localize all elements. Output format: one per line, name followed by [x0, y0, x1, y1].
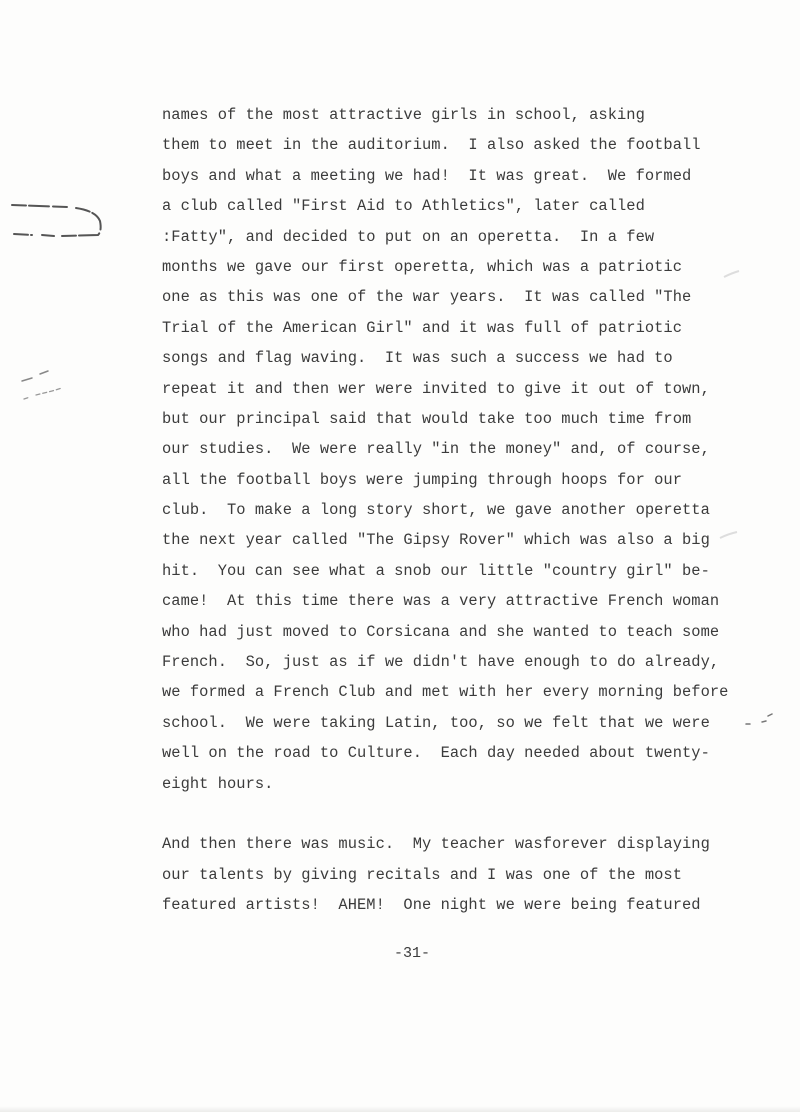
text-line: we formed a French Club and met with her…: [162, 677, 762, 707]
text-line: Trial of the American Girl" and it was f…: [162, 313, 762, 343]
text-line: but our principal said that would take t…: [162, 404, 762, 434]
paragraph-2: And then there was music. My teacher was…: [162, 829, 762, 920]
text-line: all the football boys were jumping throu…: [162, 465, 762, 495]
text-line: a club called "First Aid to Athletics", …: [162, 191, 762, 221]
page-number: -31-: [0, 945, 800, 962]
text-line: names of the most attractive girls in sc…: [162, 100, 762, 130]
text-line: the next year called "The Gipsy Rover" w…: [162, 525, 762, 555]
text-line: came! At this time there was a very attr…: [162, 586, 762, 616]
paragraph-gap: [162, 799, 762, 829]
text-line: songs and flag waving. It was such a suc…: [162, 343, 762, 373]
text-line: featured artists! AHEM! One night we wer…: [162, 890, 762, 920]
text-line: repeat it and then wer were invited to g…: [162, 374, 762, 404]
text-line: :Fatty", and decided to put on an operet…: [162, 222, 762, 252]
text-line: them to meet in the auditorium. I also a…: [162, 130, 762, 160]
text-line: boys and what a meeting we had! It was g…: [162, 161, 762, 191]
text-line: who had just moved to Corsicana and she …: [162, 617, 762, 647]
text-line: school. We were taking Latin, too, so we…: [162, 708, 762, 738]
paragraph-1: names of the most attractive girls in sc…: [162, 100, 762, 799]
text-line: eight hours.: [162, 769, 762, 799]
text-line: our studies. We were really "in the mone…: [162, 434, 762, 464]
margin-bracket-mark: [8, 195, 108, 245]
text-line: months we gave our first operetta, which…: [162, 252, 762, 282]
text-line: club. To make a long story short, we gav…: [162, 495, 762, 525]
document-page: names of the most attractive girls in sc…: [0, 0, 800, 1112]
text-line: hit. You can see what a snob our little …: [162, 556, 762, 586]
text-line: our talents by giving recitals and I was…: [162, 860, 762, 890]
text-line: one as this was one of the war years. It…: [162, 282, 762, 312]
page-bottom-edge: [0, 1106, 800, 1112]
text-line: well on the road to Culture. Each day ne…: [162, 738, 762, 768]
margin-scribble-mark: [18, 365, 68, 405]
text-line: French. So, just as if we didn't have en…: [162, 647, 762, 677]
body-text: names of the most attractive girls in sc…: [162, 100, 762, 921]
text-line: And then there was music. My teacher was…: [162, 829, 762, 859]
